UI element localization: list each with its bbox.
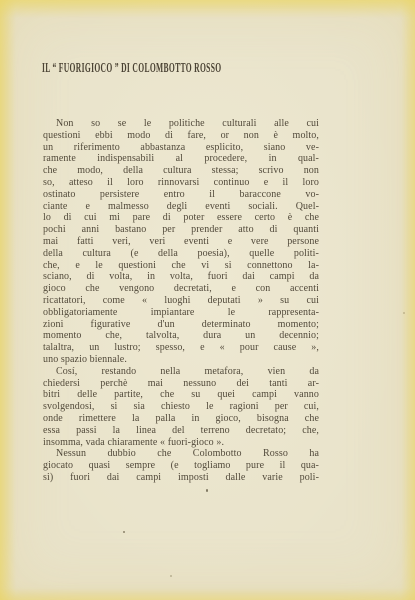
text-line: obbligatoriamente impiantare le rapprese… — [43, 307, 319, 319]
text-line: mai fatti veri, veri eventi e vere perso… — [43, 236, 319, 248]
book-page: IL “ FUORIGIOCO ” DI COLOMBOTTO ROSSO No… — [0, 0, 415, 600]
dust-speck — [170, 575, 172, 577]
text-line: chiedersi perchè mai nessuno dei tanti a… — [43, 378, 319, 390]
text-line: momento che, talvolta, dura un decennio; — [43, 330, 319, 342]
text-line: onde rimettere la palla in gioco, bisogn… — [43, 413, 319, 425]
text-line: pochi anni bastano per prender atto di q… — [43, 224, 319, 236]
text-line: ramente indispensabili al procedere, in … — [43, 153, 319, 165]
text-line: talaltra, un lustro; spesso, e « pour ca… — [43, 342, 319, 354]
text-line: Cosí, restando nella metafora, vien da — [43, 366, 319, 378]
dust-speck — [403, 312, 405, 314]
text-line: ricattatori, come « luoghi deputati » su… — [43, 295, 319, 307]
text-line: ostinato persistere entro il baraccone v… — [43, 189, 319, 201]
text-line: essa passi la linea del terreno decretat… — [43, 425, 319, 437]
text-line: della cultura (e della poesia), quelle p… — [43, 248, 319, 260]
text-line: sciano, di volta, in volta, fuori dai ca… — [43, 271, 319, 283]
text-line: lo di cui mi pare di poter essere certo … — [43, 212, 319, 224]
text-line: uno spazio biennale. — [43, 354, 319, 366]
text-line: si) fuori dai campi imposti dalle varie … — [43, 472, 319, 484]
text-line: so, atteso il loro rinnovarsi continuo e… — [43, 177, 319, 189]
page-title: IL “ FUORIGIOCO ” DI COLOMBOTTO ROSSO — [42, 60, 221, 76]
text-line: Non so se le politiche culturali alle cu… — [43, 118, 319, 130]
text-line: giocato quasi sempre (e togliamo pure il… — [43, 460, 319, 472]
text-line: gioco che vengono decretati, e con accen… — [43, 283, 319, 295]
text-line: zioni figurative d'un determinato moment… — [43, 319, 319, 331]
dust-speck — [123, 531, 125, 533]
text-line: che modo, della cultura stessa; scrivo n… — [43, 165, 319, 177]
body-text: Non so se le politiche culturali alle cu… — [43, 118, 319, 484]
dust-speck — [206, 489, 208, 492]
text-line: che, e le questioni che vi si connettono… — [43, 260, 319, 272]
text-line: insomma, vada chiaramente « fuori-gioco … — [43, 437, 319, 449]
text-line: ciante e malmesso degli eventi sociali. … — [43, 201, 319, 213]
text-line: svolgendosi, si sia chiesto le ragioni p… — [43, 401, 319, 413]
text-line: un riferimento abbastanza esplicito, sia… — [43, 142, 319, 154]
text-line: bitri delle partite, che su quei campi v… — [43, 389, 319, 401]
text-line: Nessun dubbio che Colombotto Rosso ha — [43, 448, 319, 460]
text-line: questioni ebbi modo di fare, or non è mo… — [43, 130, 319, 142]
